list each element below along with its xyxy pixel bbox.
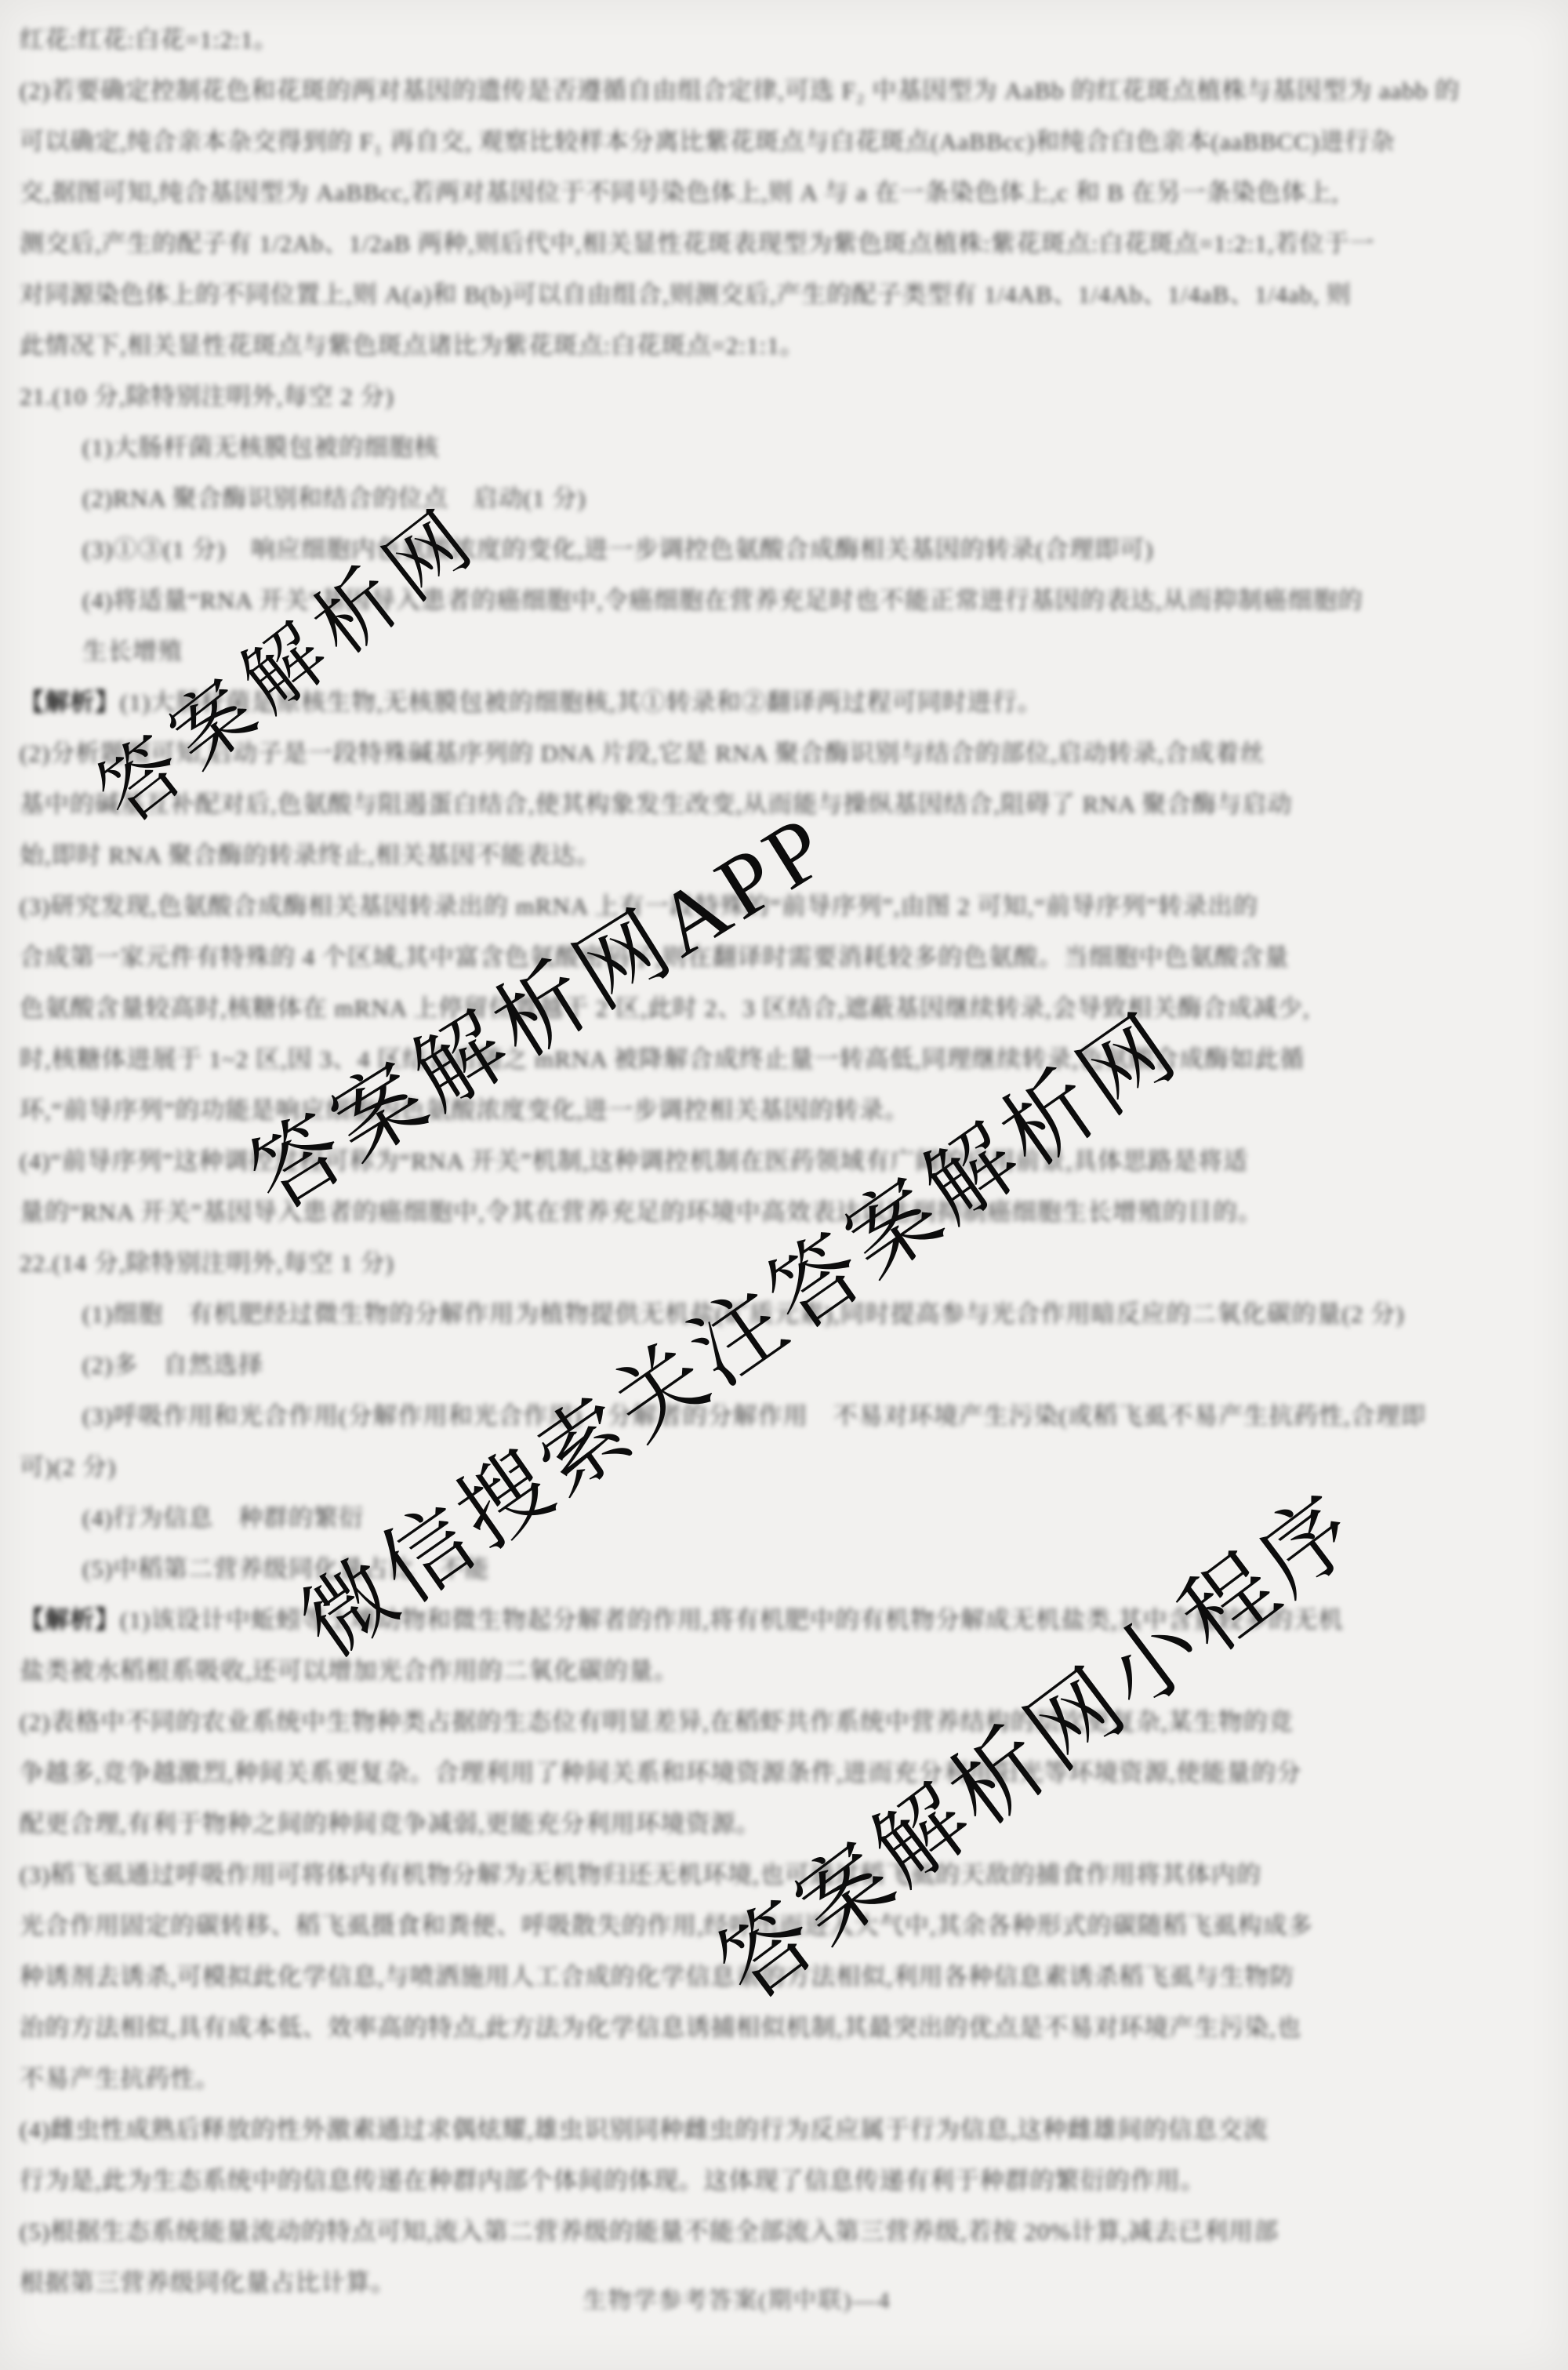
line-text: 交,据图可知,纯合基因型为 AaBBcc,若两对基因位于不同号染色体上,则 A … [20, 179, 1338, 206]
text-line: (3)①③(1 分) 响应细胞内色氨酸浓度的变化,进一步调控色氨酸合成酶相关基因… [20, 524, 1552, 575]
line-text: 生长增殖 [82, 638, 183, 665]
line-text: 始,即时 RNA 聚合酶的转录终止,相关基因不能表达。 [20, 841, 601, 869]
line-text: (3)稻飞虱通过呼吸作用可将体内有机物分解为无机物归还无机环境,也可通过稻飞虱的… [20, 1861, 1261, 1888]
line-text: 可以确定,纯合亲本杂交得到的 F₁ 再自交, 观察比较样本分离比紫花斑点与白花斑… [20, 128, 1395, 155]
line-text: (1)大肠杆菌无核膜包被的细胞核 [82, 434, 439, 461]
text-line: (3)呼吸作用和光合作用(分解作用和光合作用) 分解者的分解作用 不易对环境产生… [20, 1390, 1552, 1441]
scanned-answer-page: 红花:红花:白花=1:2:1。 (2)若要确定控制花色和花斑的两对基因的遗传是否… [0, 0, 1568, 2370]
line-text: (5)根据生态系统能量流动的特点可知,流入第二营养级的能量不能全部流入第三营养级… [20, 2218, 1279, 2245]
line-text: 配更合理,有利于物种之间的种间竞争减弱,更能充分利用环境资源。 [20, 1810, 761, 1837]
text-line: 对同源染色体上的不同位置上,则 A(a)和 B(b)可以自由组合,则测交后,产生… [20, 269, 1552, 320]
line-text: 治的方法相似,具有成本低、效率高的特点,此方法为化学信息诱捕相似机制,其最突出的… [20, 2014, 1301, 2041]
text-line: (2)表格中不同的农业系统中生物种类占据的生态位有明显差异,在稻虾共作系统中营养… [20, 1696, 1552, 1747]
line-text: (3)①③(1 分) 响应细胞内色氨酸浓度的变化,进一步调控色氨酸合成酶相关基因… [82, 536, 1153, 563]
text-line: 环,“前导序列”的功能是响应细胞内色氨酸浓度变化,进一步调控相关基因的转录。 [20, 1085, 1552, 1136]
line-text: 21.(10 分,除特别注明外,每空 2 分) [20, 383, 394, 410]
text-line: (1)大肠杆菌无核膜包被的细胞核 [20, 422, 1552, 473]
text-line: 交,据图可知,纯合基因型为 AaBBcc,若两对基因位于不同号染色体上,则 A … [20, 167, 1552, 218]
text-line: 量的“RNA 开关”基因导入患者的癌细胞中,令其在营养充足的环境中高效表达以达到… [20, 1187, 1552, 1238]
text-line: 盐类被水稻根系吸收,还可以增加光合作用的二氧化碳的量。 [20, 1645, 1552, 1696]
text-line: 测交后,产生的配子有 1/2Ab、1/2aB 两种,则后代中,相关显性花斑表现型… [20, 218, 1552, 269]
line-text: (4)雌虫性成熟后释放的性外激素通过求偶炫耀,雄虫识别同种雌虫的行为反应属于行为… [20, 2116, 1269, 2143]
text-line: 行为是,此为生态系统中的信息传递在种群内部个体间的体现。这体现了信息传递有利于种… [20, 2155, 1552, 2206]
text-line: 【解析】(1)该设计中蚯蚓等土壤动物和微生物起分解者的作用,将有机肥中的有机物分… [20, 1594, 1552, 1645]
line-text: 测交后,产生的配子有 1/2Ab、1/2aB 两种,则后代中,相关显性花斑表现型… [20, 230, 1374, 257]
text-line: (4)将适量“RNA 开关”基因导入患者的癌细胞中,令癌细胞在营养充足时也不能正… [20, 575, 1552, 626]
text-line: 不易产生抗药性。 [20, 2053, 1552, 2104]
text-line: (2)若要确定控制花色和花斑的两对基因的遗传是否遵循自由组合定律,可选 F₂ 中… [20, 65, 1552, 116]
line-text: (3)呼吸作用和光合作用(分解作用和光合作用) 分解者的分解作用 不易对环境产生… [82, 1402, 1426, 1430]
line-text: (2)多 自然选择 [82, 1351, 263, 1379]
line-text: 行为是,此为生态系统中的信息传递在种群内部个体间的体现。这体现了信息传递有利于种… [20, 2167, 1206, 2194]
line-text: (4)行为信息 种群的繁衍 [82, 1504, 364, 1532]
text-line: 可以确定,纯合亲本杂交得到的 F₁ 再自交, 观察比较样本分离比紫花斑点与白花斑… [20, 116, 1552, 167]
analysis-label: 【解析】 [20, 1606, 120, 1634]
text-line: 治的方法相似,具有成本低、效率高的特点,此方法为化学信息诱捕相似机制,其最突出的… [20, 2002, 1552, 2053]
line-text: 22.(14 分,除特别注明外,每空 1 分) [20, 1249, 394, 1277]
line-text: 光合作用固定的碳转移、稻飞虱摄食和粪便、呼吸散失的作用,经呼出而进入大气中,其余… [20, 1912, 1313, 1939]
analysis-label: 【解析】 [20, 689, 120, 716]
line-text: (4)将适量“RNA 开关”基因导入患者的癌细胞中,令癌细胞在营养充足时也不能正… [82, 587, 1363, 614]
line-text: 量的“RNA 开关”基因导入患者的癌细胞中,令其在营养充足的环境中高效表达以达到… [20, 1198, 1263, 1226]
line-text: 红花:红花:白花=1:2:1。 [20, 26, 278, 53]
line-text: 不易产生抗药性。 [20, 2065, 220, 2092]
text-line: 时,核糖体进展于 1~2 区,因 3、4 区结合后随之 mRNA 被降解合成终止… [20, 1034, 1552, 1085]
text-line: 红花:红花:白花=1:2:1。 [20, 14, 1552, 65]
text-line: (5)根据生态系统能量流动的特点可知,流入第二营养级的能量不能全部流入第三营养级… [20, 2206, 1552, 2257]
line-text: (2)若要确定控制花色和花斑的两对基因的遗传是否遵循自由组合定律,可选 F₂ 中… [20, 77, 1460, 104]
text-line: 争越多,竞争越激烈,种间关系更复杂。合理利用了种间关系和环境资源条件,进而充分利… [20, 1747, 1552, 1798]
text-line: 此情况下,相关显性花斑点与紫色斑点诸比为紫花斑点:白花斑点=2:1:1。 [20, 320, 1552, 371]
line-text: 对同源染色体上的不同位置上,则 A(a)和 B(b)可以自由组合,则测交后,产生… [20, 281, 1352, 308]
line-text: 基中的碱基互补配对后,色氨酸与阻遏蛋白结合,使其构象发生改变,从而能与操纵基因结… [20, 791, 1292, 818]
page-footer: 生物学参考答案(期中联)—4 [0, 2281, 1474, 2315]
line-text: 争越多,竞争越激烈,种间关系更复杂。合理利用了种间关系和环境资源条件,进而充分利… [20, 1759, 1301, 1787]
text-line: (4)雌虫性成熟后释放的性外激素通过求偶炫耀,雄虫识别同种雌虫的行为反应属于行为… [20, 2104, 1552, 2155]
line-text: 种诱剂去诱杀,可模拟此化学信息,与喷洒施用人工合成的化学信息素的方法相似,利用各… [20, 1963, 1294, 1990]
text-line: 21.(10 分,除特别注明外,每空 2 分) [20, 371, 1552, 422]
text-line: (2)RNA 聚合酶识别和结合的位点 启动(1 分) [20, 473, 1552, 524]
text-line: 色氨酸含量较高时,核糖体在 mRNA 上停留位置越于 2 区,此时 2、3 区结… [20, 983, 1552, 1034]
line-text: 此情况下,相关显性花斑点与紫色斑点诸比为紫花斑点:白花斑点=2:1:1。 [20, 332, 805, 359]
line-text: 可)(2 分) [20, 1453, 116, 1481]
text-line: 合成第一家元件有特殊的 4 个区域,其中富含色氨酸密码子,则在翻译时需要消耗较多… [20, 932, 1552, 983]
text-line: 配更合理,有利于物种之间的种间竞争减弱,更能充分利用环境资源。 [20, 1798, 1552, 1849]
line-text: (2)RNA 聚合酶识别和结合的位点 启动(1 分) [82, 485, 586, 512]
